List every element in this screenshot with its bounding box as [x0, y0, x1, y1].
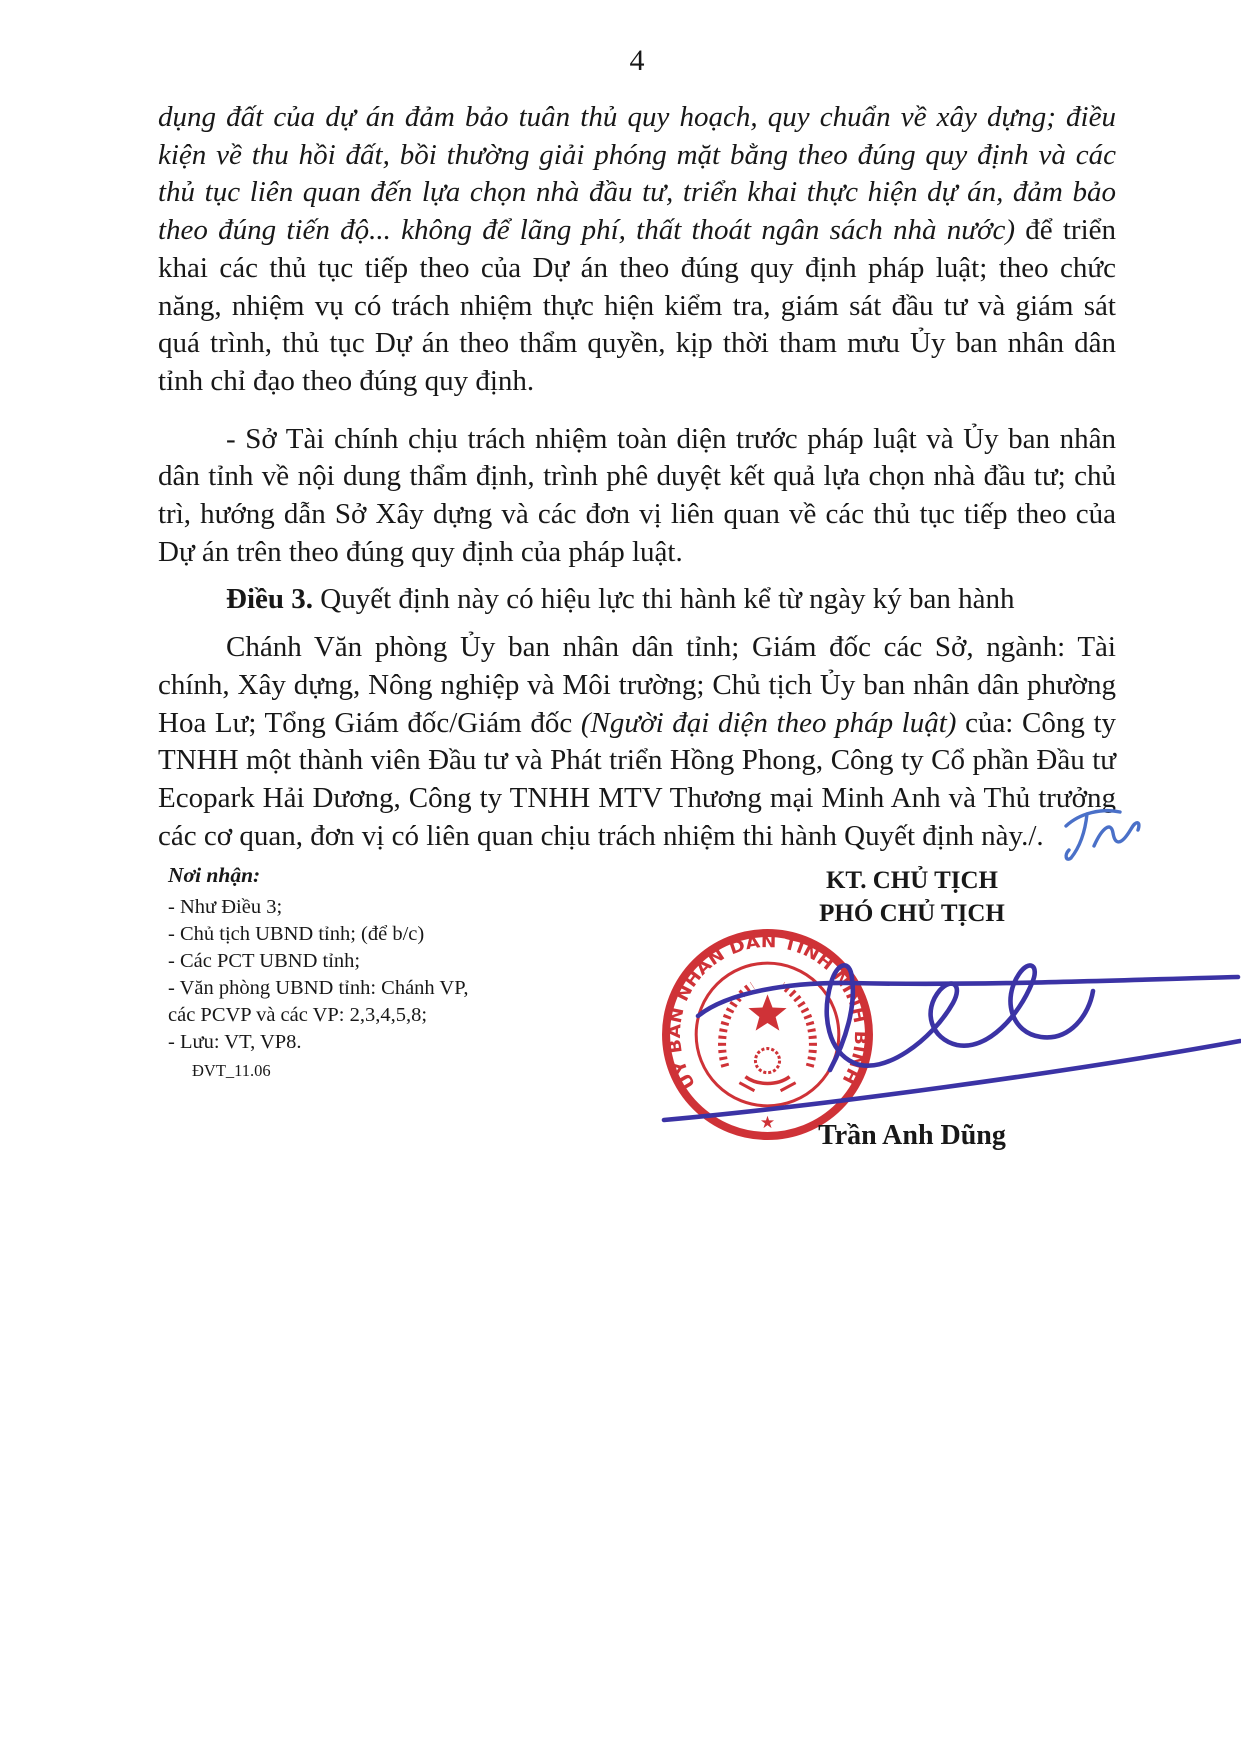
paragraph-4-italic-text: (Người đại diện theo pháp luật)	[581, 707, 957, 739]
recipient-item: các PCVP và các VP: 2,3,4,5,8;	[168, 1002, 588, 1029]
recipient-item: - Chủ tịch UBND tỉnh; (để b/c)	[168, 921, 588, 948]
recipient-item: - Văn phòng UBND tỉnh: Chánh VP,	[168, 975, 588, 1002]
signer-name: Trần Anh Dũng	[712, 1120, 1112, 1152]
recipient-item: - Như Điều 3;	[168, 894, 588, 921]
paragraph-2: - Sở Tài chính chịu trách nhiệm toàn diệ…	[158, 421, 1116, 572]
article-3-label: Điều 3.	[226, 583, 313, 615]
paragraph-1: dụng đất của dự án đảm bảo tuân thủ quy …	[158, 99, 1116, 401]
document-page: 4 dụng đất của dự án đảm bảo tuân thủ qu…	[0, 0, 1241, 1755]
recipient-item: - Lưu: VT, VP8.	[168, 1029, 588, 1056]
recipient-item: - Các PCT UBND tỉnh;	[168, 948, 588, 975]
paragraph-3: Điều 3. Quyết định này có hiệu lực thi h…	[158, 581, 1116, 619]
article-3-text: Quyết định này có hiệu lực thi hành kể t…	[313, 583, 1015, 615]
page-number: 4	[158, 44, 1116, 78]
paragraph-4: Chánh Văn phòng Ủy ban nhân dân tỉnh; Gi…	[158, 629, 1116, 855]
signature-initial	[1060, 800, 1148, 868]
signer-title-line1: KT. CHỦ TỊCH	[712, 864, 1112, 897]
document-body: dụng đất của dự án đảm bảo tuân thủ quy …	[158, 99, 1116, 855]
paragraph-1-italic-text: dụng đất của dự án đảm bảo tuân thủ quy …	[158, 101, 1116, 246]
recipients-block: Nơi nhận: - Như Điều 3; - Chủ tịch UBND …	[168, 862, 588, 1084]
recipients-heading: Nơi nhận:	[168, 862, 588, 889]
clerk-code: ĐVT_11.06	[168, 1057, 588, 1084]
